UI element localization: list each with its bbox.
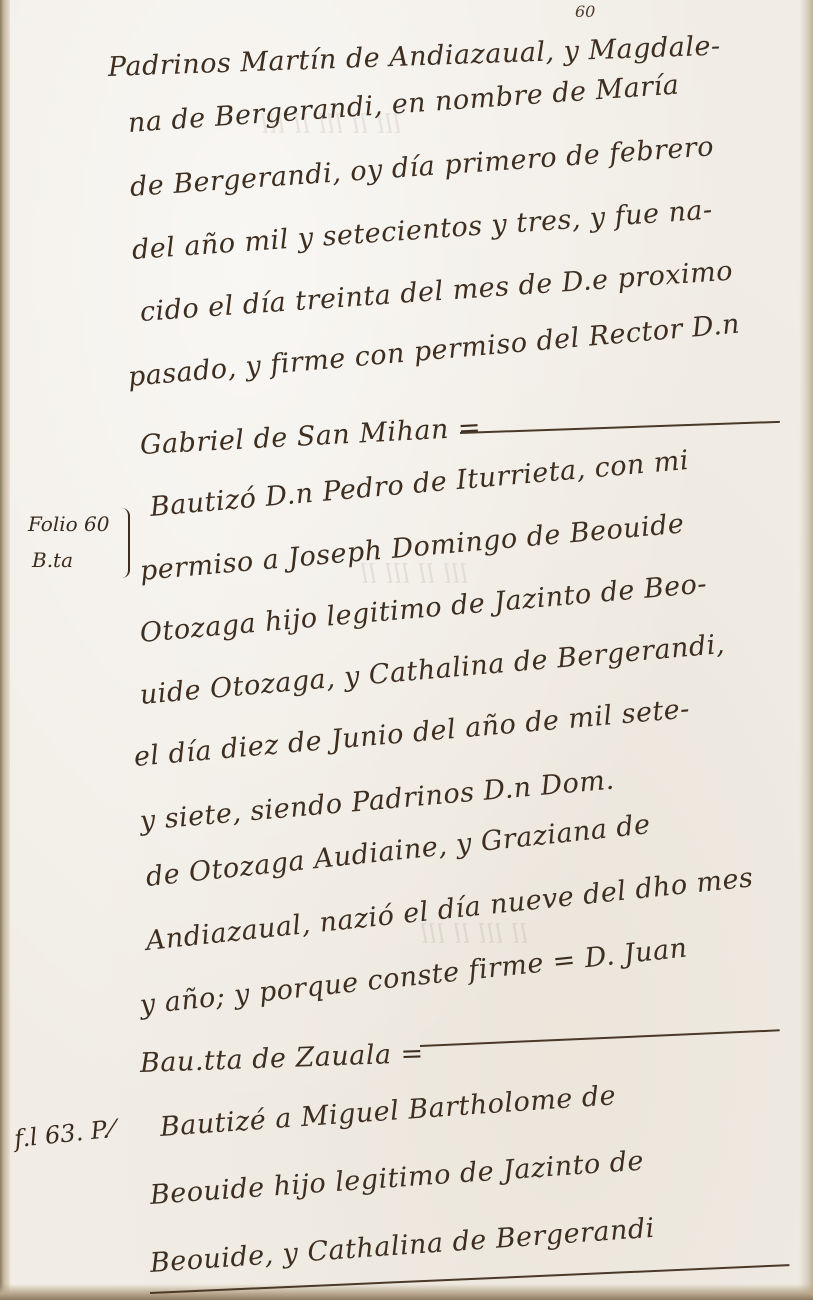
page-right-edge — [799, 0, 813, 1300]
page-binding-edge — [0, 0, 10, 1300]
folio-number: 60 — [575, 2, 595, 21]
margin-brace — [118, 508, 130, 578]
text-line: de Bergerandi, oy día primero de febrero — [129, 131, 715, 203]
page-bottom-edge — [0, 1284, 813, 1300]
margin-note-folio-ref: f.l 63. P.⁄ — [13, 1115, 115, 1153]
manuscript-page: lll ll lll ll lll lll ll lll ll ll lll l… — [0, 0, 813, 1300]
text-line: del año mil y setecientos y tres, y fue … — [131, 194, 714, 266]
text-line: Bau.tta de Zauala = — [139, 1038, 424, 1079]
text-line: Bautizó D.n Pedro de Iturrieta, con mi — [149, 445, 691, 523]
text-line: Beouide hijo legitimo de Jazinto de — [149, 1146, 645, 1211]
text-line: Bautizé a Miguel Bartholome de — [159, 1080, 617, 1143]
text-line: el día diez de Junio del año de mil sete… — [133, 693, 691, 772]
margin-note-folio: Folio 60 — [28, 512, 109, 536]
text-line: na de Bergerandi, en nombre de María — [127, 69, 680, 138]
text-line: Gabriel de San Mihan = — [139, 412, 482, 461]
entry-separator-line — [420, 1029, 780, 1047]
entry-separator-line — [460, 421, 780, 434]
margin-note-baptism: B.ta — [32, 548, 73, 572]
text-line: Beouide, y Cathalina de Bergerandi — [149, 1213, 656, 1279]
